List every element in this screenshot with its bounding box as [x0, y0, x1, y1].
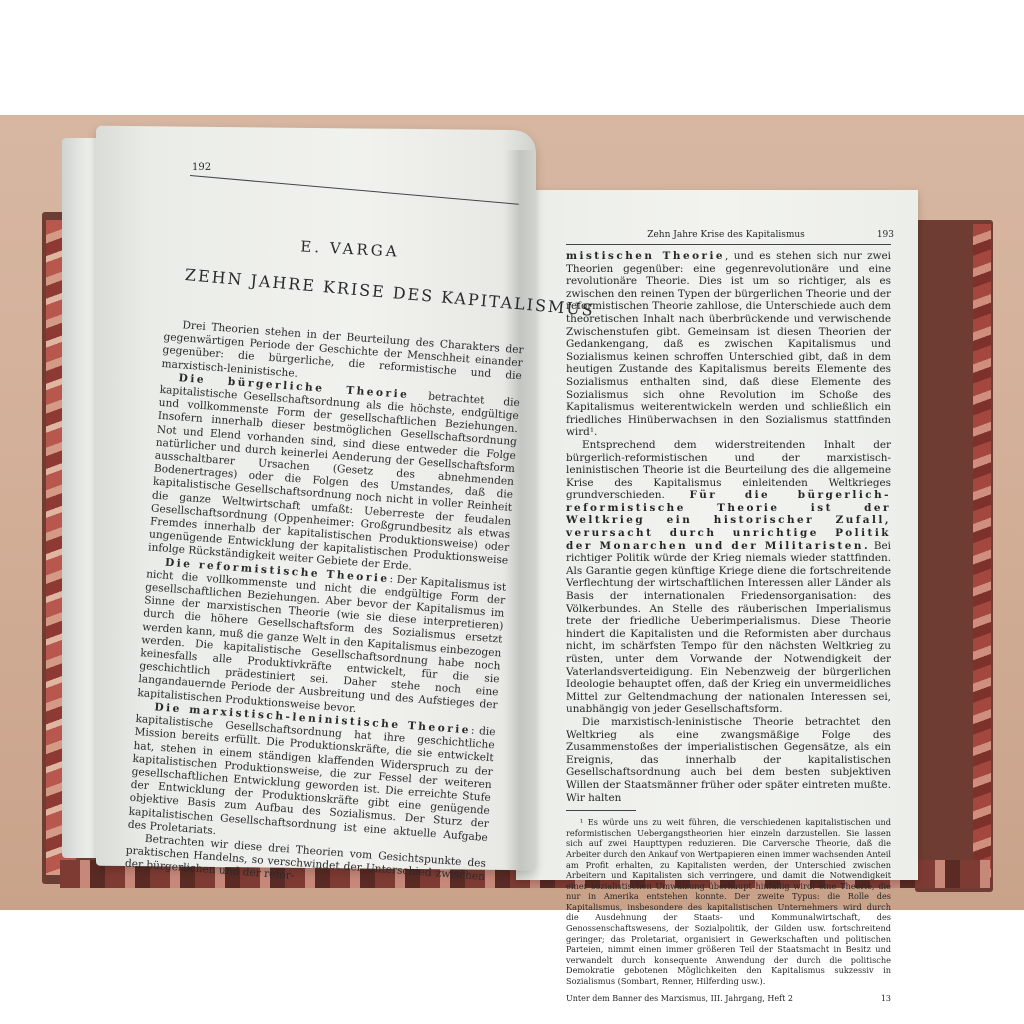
page-number: 193	[877, 230, 894, 240]
page-number: 192	[192, 162, 211, 173]
paragraph: Die marxistisch-leninistische Theorie: d…	[127, 700, 496, 858]
journal-citation: Unter dem Banner des Marxismus, III. Jah…	[566, 993, 793, 1006]
paragraph: mistischen Theorie, und es stehen sich n…	[566, 250, 891, 439]
footnote: ¹ Es würde uns zu weit führen, die versc…	[566, 817, 891, 987]
page-footer: Unter dem Banner des Marxismus, III. Jah…	[566, 993, 891, 1006]
paragraph-text: , und es stehen sich nur zwei Theorien g…	[566, 250, 891, 438]
paragraph-text: betrachtet die kapitalistische Gesellsch…	[148, 384, 520, 573]
paragraph: Die marxistisch-leninistische Theorie be…	[566, 716, 891, 804]
paragraph: Entsprechend dem widerstreitenden Inhalt…	[566, 439, 891, 716]
running-head: Zehn Jahre Krise des Kapitalismus	[566, 230, 886, 240]
signature-mark: 13	[881, 993, 891, 1006]
footnote-rule	[566, 810, 636, 811]
marbled-edge	[973, 224, 991, 884]
left-page-body: Drei Theorien stehen in der Beurteilung …	[124, 318, 524, 897]
paragraph: Die bürgerliche Theorie betrachtet die k…	[148, 371, 521, 582]
paragraph-text: Bei richtiger Politik würde der Krieg ni…	[566, 540, 891, 716]
paragraph-text: Die marxistisch-leninistische Theorie be…	[566, 716, 891, 804]
paragraph: Die reformistische Theorie: Der Kapitali…	[137, 555, 507, 726]
right-page-body: mistischen Theorie, und es stehen sich n…	[566, 250, 891, 1005]
book-cover-right	[915, 220, 993, 892]
paragraph-text: : Der Kapitalismus ist nicht die vollkom…	[137, 568, 507, 715]
spaced-emphasis: mistischen Theorie	[566, 250, 725, 262]
header-rule	[566, 244, 891, 245]
